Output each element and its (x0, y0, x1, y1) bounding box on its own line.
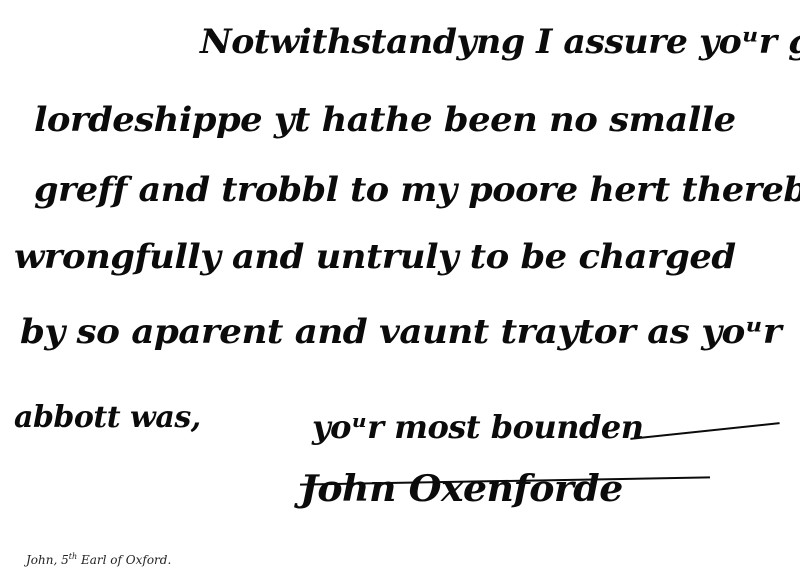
caption-ordinal: 5 (61, 553, 69, 567)
manuscript-line-4: wrongfully and untruly to be charged (14, 237, 736, 277)
manuscript-line-1: Notwithstandyng I assure yoᵘr gode (200, 22, 800, 62)
manuscript-line-6: abbott was, (14, 400, 201, 435)
manuscript-line-3: greff and trobbl to my poore hert thereb… (34, 170, 800, 210)
caption-name: John, (26, 553, 57, 567)
manuscript-line-5: by so aparent and vaunt traytor as yoᵘr (20, 312, 781, 352)
signature: John Oxenforde (300, 468, 623, 510)
manuscript-page: Notwithstandyng I assure yoᵘr gode lorde… (0, 0, 800, 582)
closing-flourish (630, 422, 779, 440)
closing-phrase: yoᵘr most bounden (312, 408, 643, 446)
manuscript-line-2: lordeshippe yt hathe been no smalle (34, 100, 736, 140)
image-caption: John, 5th Earl of Oxford. (26, 552, 171, 567)
caption-title: Earl of Oxford. (81, 553, 171, 567)
caption-ordinal-suffix: th (69, 552, 77, 561)
